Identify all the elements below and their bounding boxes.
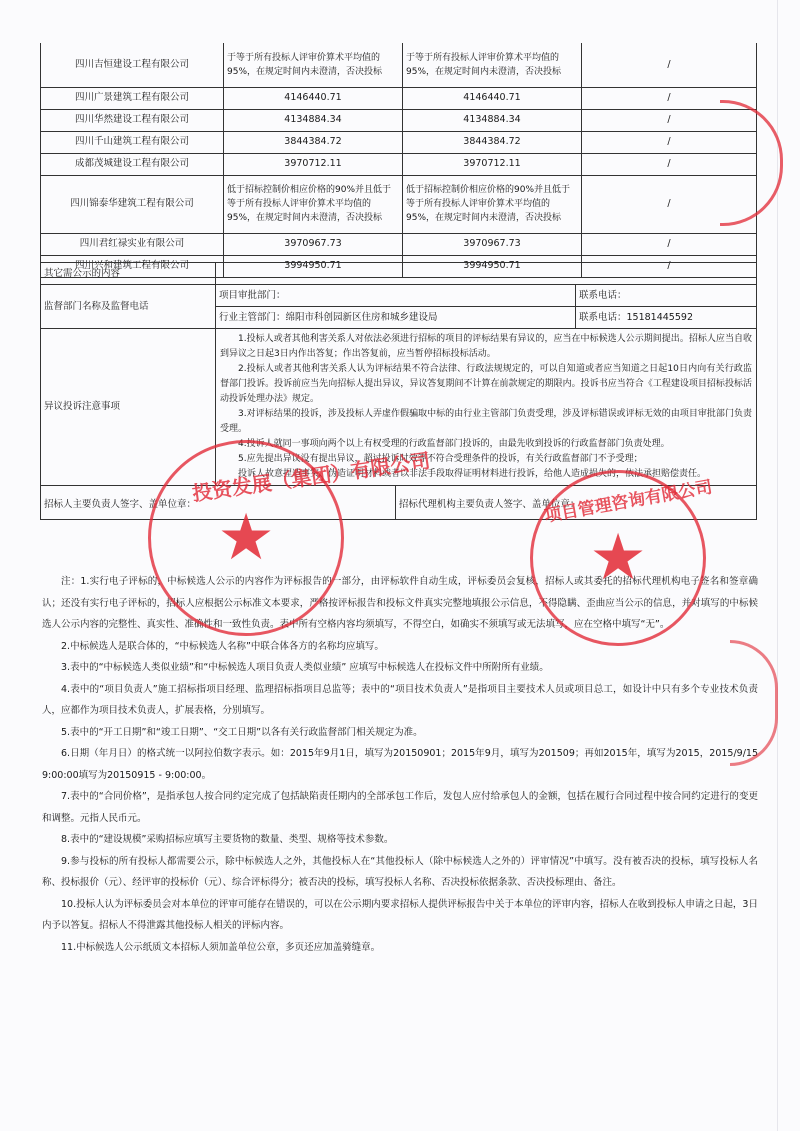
evaluated-price: 4134884.34 — [403, 109, 582, 131]
objection-item: 3.对评标结果的投诉，涉及投标人弄虚作假骗取中标的由行业主管部门负责受理，涉及评… — [220, 407, 752, 437]
bid-price: 4146440.71 — [224, 87, 403, 109]
objection-item: 1.投标人或者其他利害关系人对依法必须进行招标的项目的评标结果有异议的，应当在中… — [220, 332, 752, 362]
note-item: 5.表中的“开工日期”和“竣工日期”、“交工日期”以各有关行政监督部门相关规定为… — [42, 722, 758, 744]
other-content-value — [216, 263, 757, 285]
bidder-name: 四川华然建设工程有限公司 — [41, 109, 224, 131]
bid-price: 于等于所有投标人评审价算术平均值的95%，在规定时间内未澄清，否决投标 — [224, 43, 403, 87]
approval-phone: 联系电话： — [576, 285, 757, 307]
note-item: 注：1.实行电子评标的，中标候选人公示的内容作为评标报告的一部分，由评标软件自动… — [42, 571, 758, 636]
bidder-name: 四川广景建筑工程有限公司 — [41, 87, 224, 109]
other-content-label: 其它需公示的内容 — [41, 263, 216, 285]
other-content-row: 其它需公示的内容 — [41, 263, 757, 285]
industry-phone: 联系电话：15181445592 — [576, 307, 757, 329]
supervision-label: 监督部门名称及监督电话 — [41, 285, 216, 329]
note-item: 8.表中的“建设规模”采购招标应填写主要货物的数量、类型、规格等技术参数。 — [42, 829, 758, 851]
note-item: 4.表中的“项目负责人”施工招标指项目经理、监理招标指项目总监等；表中的“项目技… — [42, 679, 758, 722]
bid-price: 3844384.72 — [224, 131, 403, 153]
agency-signature: 招标代理机构主要负责人签字、盖单位章： — [395, 486, 756, 520]
objection-item: 投诉人故意捏造事实、伪造证明材料或者以非法手段取得证明材料进行投诉，给他人造成损… — [220, 467, 752, 482]
objection-item: 2.投标人或者其他利害关系人认为评标结果不符合法律、行政法规规定的，可以自知道或… — [220, 362, 752, 407]
table-row: 成都茂城建设工程有限公司 3970712.11 3970712.11 / — [41, 153, 757, 175]
note-item: 9.参与投标的所有投标人都需要公示，除中标候选人之外，其他投标人在“其他投标人（… — [42, 851, 758, 894]
bid-price: 3970712.11 — [224, 153, 403, 175]
evaluated-price: 低于招标控制价相应价格的90%并且低于等于所有投标人评审价算术平均值的95%，在… — [403, 175, 582, 233]
objection-label: 异议投诉注意事项 — [41, 329, 216, 486]
supplementary-info-table: 其它需公示的内容 监督部门名称及监督电话 项目审批部门： 联系电话： 行业主管部… — [40, 262, 757, 520]
evaluated-price: 3844384.72 — [403, 131, 582, 153]
bid-price: 4134884.34 — [224, 109, 403, 131]
objection-item: 5.应先提出异议没有提出异议，超过投诉时效等不符合受理条件的投诉，有关行政监督部… — [220, 452, 752, 467]
table-row: 四川广景建筑工程有限公司 4146440.71 4146440.71 / — [41, 87, 757, 109]
note-item: 7.表中的“合同价格”，是指承包人按合同约定完成了包括缺陷责任期内的全部承包工作… — [42, 786, 758, 829]
seam-seal-fragment — [730, 640, 778, 766]
approval-dept: 项目审批部门： — [216, 285, 576, 307]
bidder-name: 四川锦泰华建筑工程有限公司 — [41, 175, 224, 233]
evaluated-price: 于等于所有投标人评审价算术平均值的95%，在规定时间内未澄清，否决投标 — [403, 43, 582, 87]
supervision-row: 监督部门名称及监督电话 项目审批部门： 联系电话： — [41, 285, 757, 307]
tenderer-signature: 招标人主要负责人签字、盖单位章： — [41, 486, 396, 520]
bidder-name: 四川千山建筑工程有限公司 — [41, 131, 224, 153]
remark: / — [582, 43, 757, 87]
notes-section: 注：1.实行电子评标的，中标候选人公示的内容作为评标报告的一部分，由评标软件自动… — [42, 571, 758, 958]
remark: / — [582, 233, 757, 255]
bid-price: 3970967.73 — [224, 233, 403, 255]
table-row: 四川吉恒建设工程有限公司 于等于所有投标人评审价算术平均值的95%，在规定时间内… — [41, 43, 757, 87]
note-item: 6.日期（年月日）的格式统一以阿拉伯数字表示。如：2015年9月1日，填写为20… — [42, 743, 758, 786]
note-item: 2.中标候选人是联合体的，“中标候选人名称”中联合体各方的名称均应填写。 — [42, 636, 758, 658]
evaluated-price: 3970712.11 — [403, 153, 582, 175]
table-row: 四川华然建设工程有限公司 4134884.34 4134884.34 / — [41, 109, 757, 131]
table-row: 四川锦泰华建筑工程有限公司 低于招标控制价相应价格的90%并且低于等于所有投标人… — [41, 175, 757, 233]
note-item: 10.投标人认为评标委员会对本单位的评审可能存在错误的，可以在公示期内要求招标人… — [42, 894, 758, 937]
other-bidders-table: 四川吉恒建设工程有限公司 于等于所有投标人评审价算术平均值的95%，在规定时间内… — [40, 43, 757, 278]
note-item: 11.中标候选人公示纸质文本招标人须加盖单位公章，多页还应加盖骑缝章。 — [42, 937, 758, 959]
objection-row: 异议投诉注意事项 1.投标人或者其他利害关系人对依法必须进行招标的项目的评标结果… — [41, 329, 757, 486]
bid-price: 低于招标控制价相应价格的90%并且低于等于所有投标人评审价算术平均值的95%，在… — [224, 175, 403, 233]
seam-seal-fragment — [720, 100, 783, 226]
evaluated-price: 3970967.73 — [403, 233, 582, 255]
evaluated-price: 4146440.71 — [403, 87, 582, 109]
bidder-name: 成都茂城建设工程有限公司 — [41, 153, 224, 175]
industry-dept: 行业主管部门：绵阳市科创园新区住房和城乡建设局 — [216, 307, 576, 329]
bidder-name: 四川君红禄实业有限公司 — [41, 233, 224, 255]
note-item: 3.表中的“中标候选人类似业绩”和“中标候选人项目负责人类似业绩” 应填写中标候… — [42, 657, 758, 679]
objection-item: 4.投诉人就同一事项向两个以上有权受理的行政监督部门投诉的，由最先收到投诉的行政… — [220, 437, 752, 452]
table-row: 四川君红禄实业有限公司 3970967.73 3970967.73 / — [41, 233, 757, 255]
signature-row: 招标人主要负责人签字、盖单位章： 招标代理机构主要负责人签字、盖单位章： — [41, 486, 757, 520]
table-row: 四川千山建筑工程有限公司 3844384.72 3844384.72 / — [41, 131, 757, 153]
bidder-name: 四川吉恒建设工程有限公司 — [41, 43, 224, 87]
objection-notice: 1.投标人或者其他利害关系人对依法必须进行招标的项目的评标结果有异议的，应当在中… — [216, 329, 757, 486]
